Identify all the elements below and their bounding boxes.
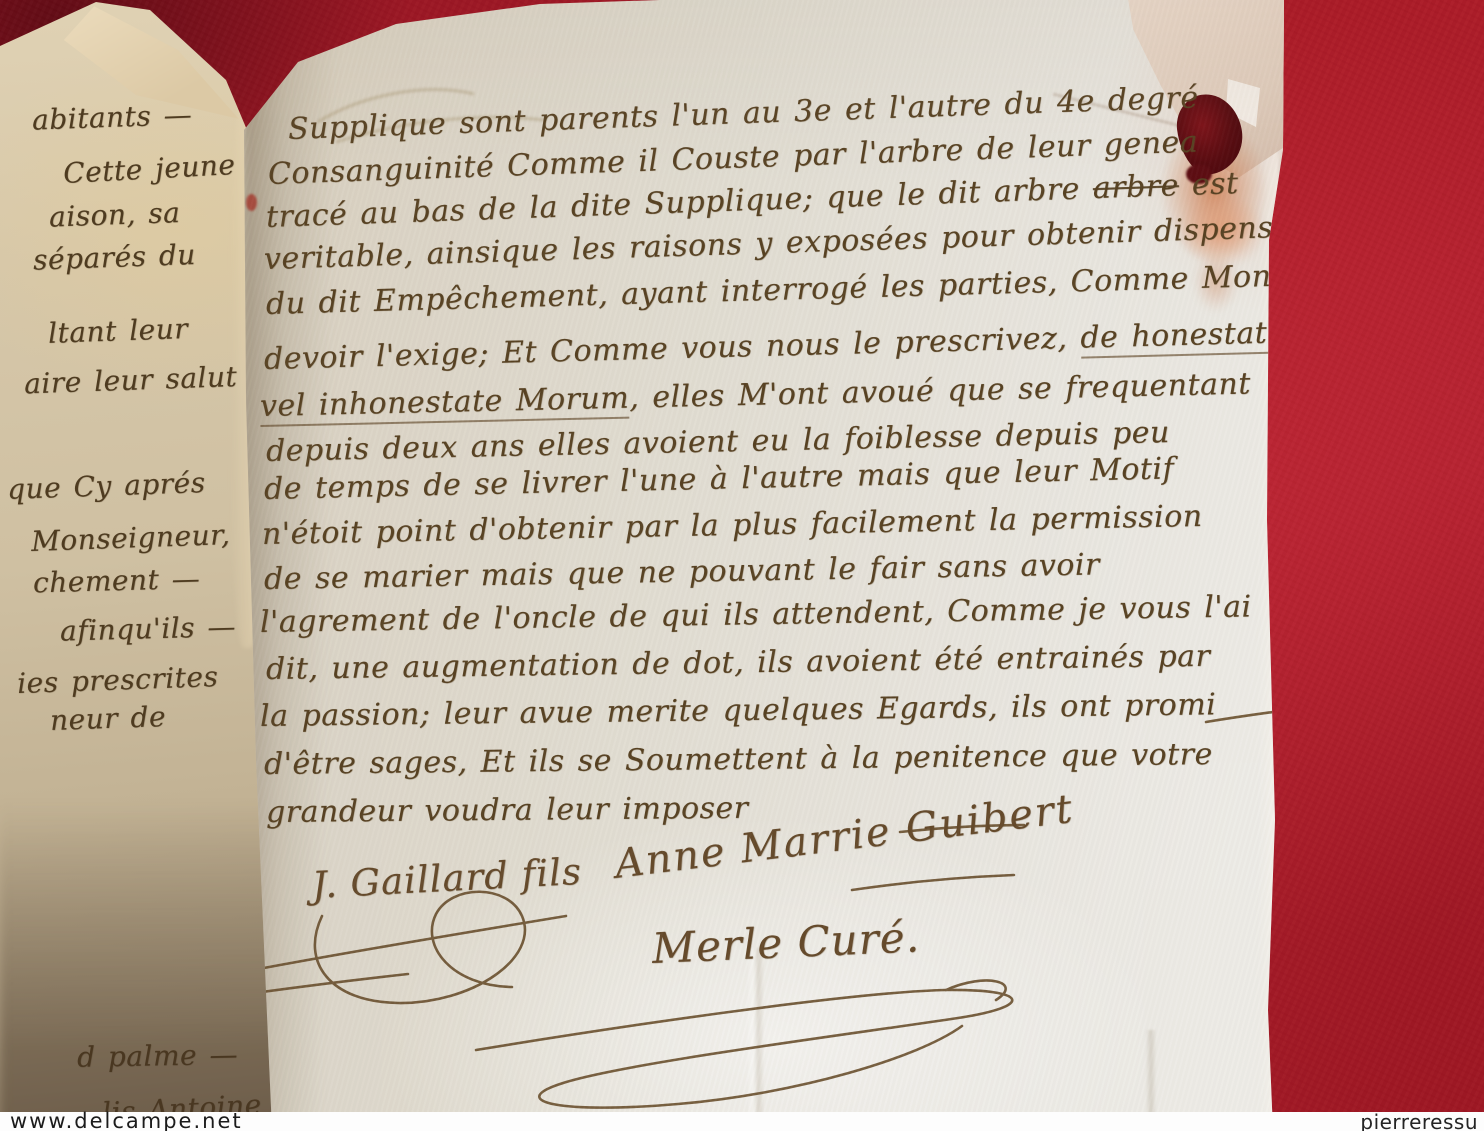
torn-corner-flap: [1118, 0, 1288, 185]
left-page-line: chement —: [33, 562, 201, 599]
left-page-line: Monseigneur,: [30, 518, 230, 558]
watermark-pierreressu: pierreressu: [1360, 1110, 1478, 1131]
wax-seal-remnant: [1186, 164, 1212, 184]
line-text: devoir l'exige; Et Comme vous nous le pr…: [264, 321, 1081, 377]
left-page-shadow: [0, 800, 290, 1131]
line-text: veritable, ainsique les raisons y exposé…: [263, 210, 1291, 277]
line-text: de temps de se livrer l'une à l'autre ma…: [264, 451, 1175, 507]
ink-showthrough: [336, 117, 544, 142]
signature-guibert: Anne Marrie Guibert: [612, 786, 1076, 888]
manuscript-line: de temps de se livrer l'une à l'autre ma…: [264, 451, 1175, 507]
wax-seal-stain: [1160, 118, 1268, 263]
signature-flourish: [315, 892, 525, 1003]
manuscript-line: Supplique sont parents l'un au 3e et l'a…: [287, 80, 1199, 147]
ink-spot: [246, 194, 257, 211]
left-page-line: neur de: [50, 700, 167, 737]
struck-word: arbre: [1092, 168, 1179, 206]
manuscript-line: depuis deux ans elles avoient eu la foib…: [266, 415, 1171, 469]
underlined-phrase: de honestate: [1080, 315, 1286, 358]
manuscript-line: tracé au bas de la dite Supplique; que l…: [265, 166, 1239, 235]
paper-crease: [746, 948, 764, 1131]
left-page-line: afinqu'ils —: [60, 610, 237, 648]
manuscript-line: Consanguinité Comme il Couste par l'arbr…: [267, 125, 1198, 192]
left-page-line: ies prescrites: [16, 660, 218, 700]
line-text: tracé au bas de la dite Supplique; que l…: [265, 171, 1093, 235]
manuscript-line: veritable, ainsique les raisons y exposé…: [263, 210, 1291, 277]
torn-paper-notch: [1226, 70, 1266, 130]
signature-gaillard: J. Gaillard fils: [311, 850, 583, 907]
manuscript-line: du dit Empêchement, ayant interrogé les …: [266, 259, 1272, 322]
line-text: n'étoit point d'obtenir par la plus faci…: [262, 499, 1203, 552]
underlined-phrase: vel inhonestate Morum: [260, 381, 630, 427]
manuscript-line: n'étoit point d'obtenir par la plus faci…: [262, 499, 1203, 552]
manuscript-line: devoir l'exige; Et Comme vous nous le pr…: [264, 315, 1286, 377]
left-page-line: abitants —: [31, 98, 192, 137]
line-text: , elles M'ont avoué que se frequentant: [629, 367, 1251, 416]
manuscript-line: dit, une augmentation de dot, ils avoien…: [266, 639, 1211, 687]
left-page-line: aison, sa: [48, 196, 180, 234]
left-page-line: Cette jeune: [62, 148, 236, 190]
signature-merle-cure: Merle Curé.: [651, 912, 921, 973]
line-text: dit, une augmentation de dot, ils avoien…: [266, 639, 1211, 687]
left-page-line: aire leur salut: [23, 360, 237, 400]
watermark-delcampe: www.delcampe.net: [10, 1109, 243, 1131]
watermark-strip: www.delcampe.net pierreressu: [0, 1112, 1484, 1131]
line-text: Consanguinité Comme il Couste par l'arbr…: [267, 125, 1198, 192]
line-text: est: [1178, 166, 1239, 203]
signature-flourish: [946, 981, 1006, 1000]
wax-seal-stain: [1194, 252, 1238, 312]
line-text: d'être sages, Et ils se Soumettent à la …: [264, 737, 1213, 782]
wax-seal-remnant: [1173, 90, 1248, 178]
left-page-line: que Cy aprés: [7, 466, 207, 506]
left-page-line: ltant leur: [47, 312, 188, 350]
line-text: Supplique sont parents l'un au 3e et l'a…: [287, 80, 1199, 147]
line-text: l'agrement de l'oncle de qui ils attende…: [260, 589, 1252, 640]
pen-stroke: [852, 875, 1014, 890]
manuscript-line: vel inhonestate Morum, elles M'ont avoué…: [260, 367, 1252, 424]
ink-showthrough: [318, 90, 474, 122]
signature-flourish: [476, 990, 1012, 1108]
paper-crease: [1053, 93, 1257, 147]
left-page-line: séparés du: [33, 238, 197, 277]
manuscript-line: de se marier mais que ne pouvant le fair…: [264, 547, 1100, 597]
line-text: grandeur voudra leur imposer: [266, 791, 749, 830]
manuscript-line: la passion; leur avue merite quelques Eg…: [260, 687, 1217, 734]
line-text: la passion; leur avue merite quelques Eg…: [260, 687, 1217, 734]
line-text: depuis deux ans elles avoient eu la foib…: [266, 415, 1171, 469]
line-text: du dit Empêchement, ayant interrogé les …: [266, 259, 1272, 322]
line-text: de se marier mais que ne pouvant le fair…: [264, 547, 1100, 597]
pen-stroke: [900, 825, 1024, 832]
manuscript-line: d'être sages, Et ils se Soumettent à la …: [264, 737, 1213, 782]
pen-stroke: [1206, 711, 1280, 722]
manuscript-line: l'agrement de l'oncle de qui ils attende…: [260, 589, 1252, 640]
manuscript-line: grandeur voudra leur imposer: [266, 791, 749, 830]
wax-seal-stain: [1178, 194, 1266, 268]
manuscript-photo: abitants —Cette jeuneaison, saséparés du…: [0, 0, 1484, 1131]
